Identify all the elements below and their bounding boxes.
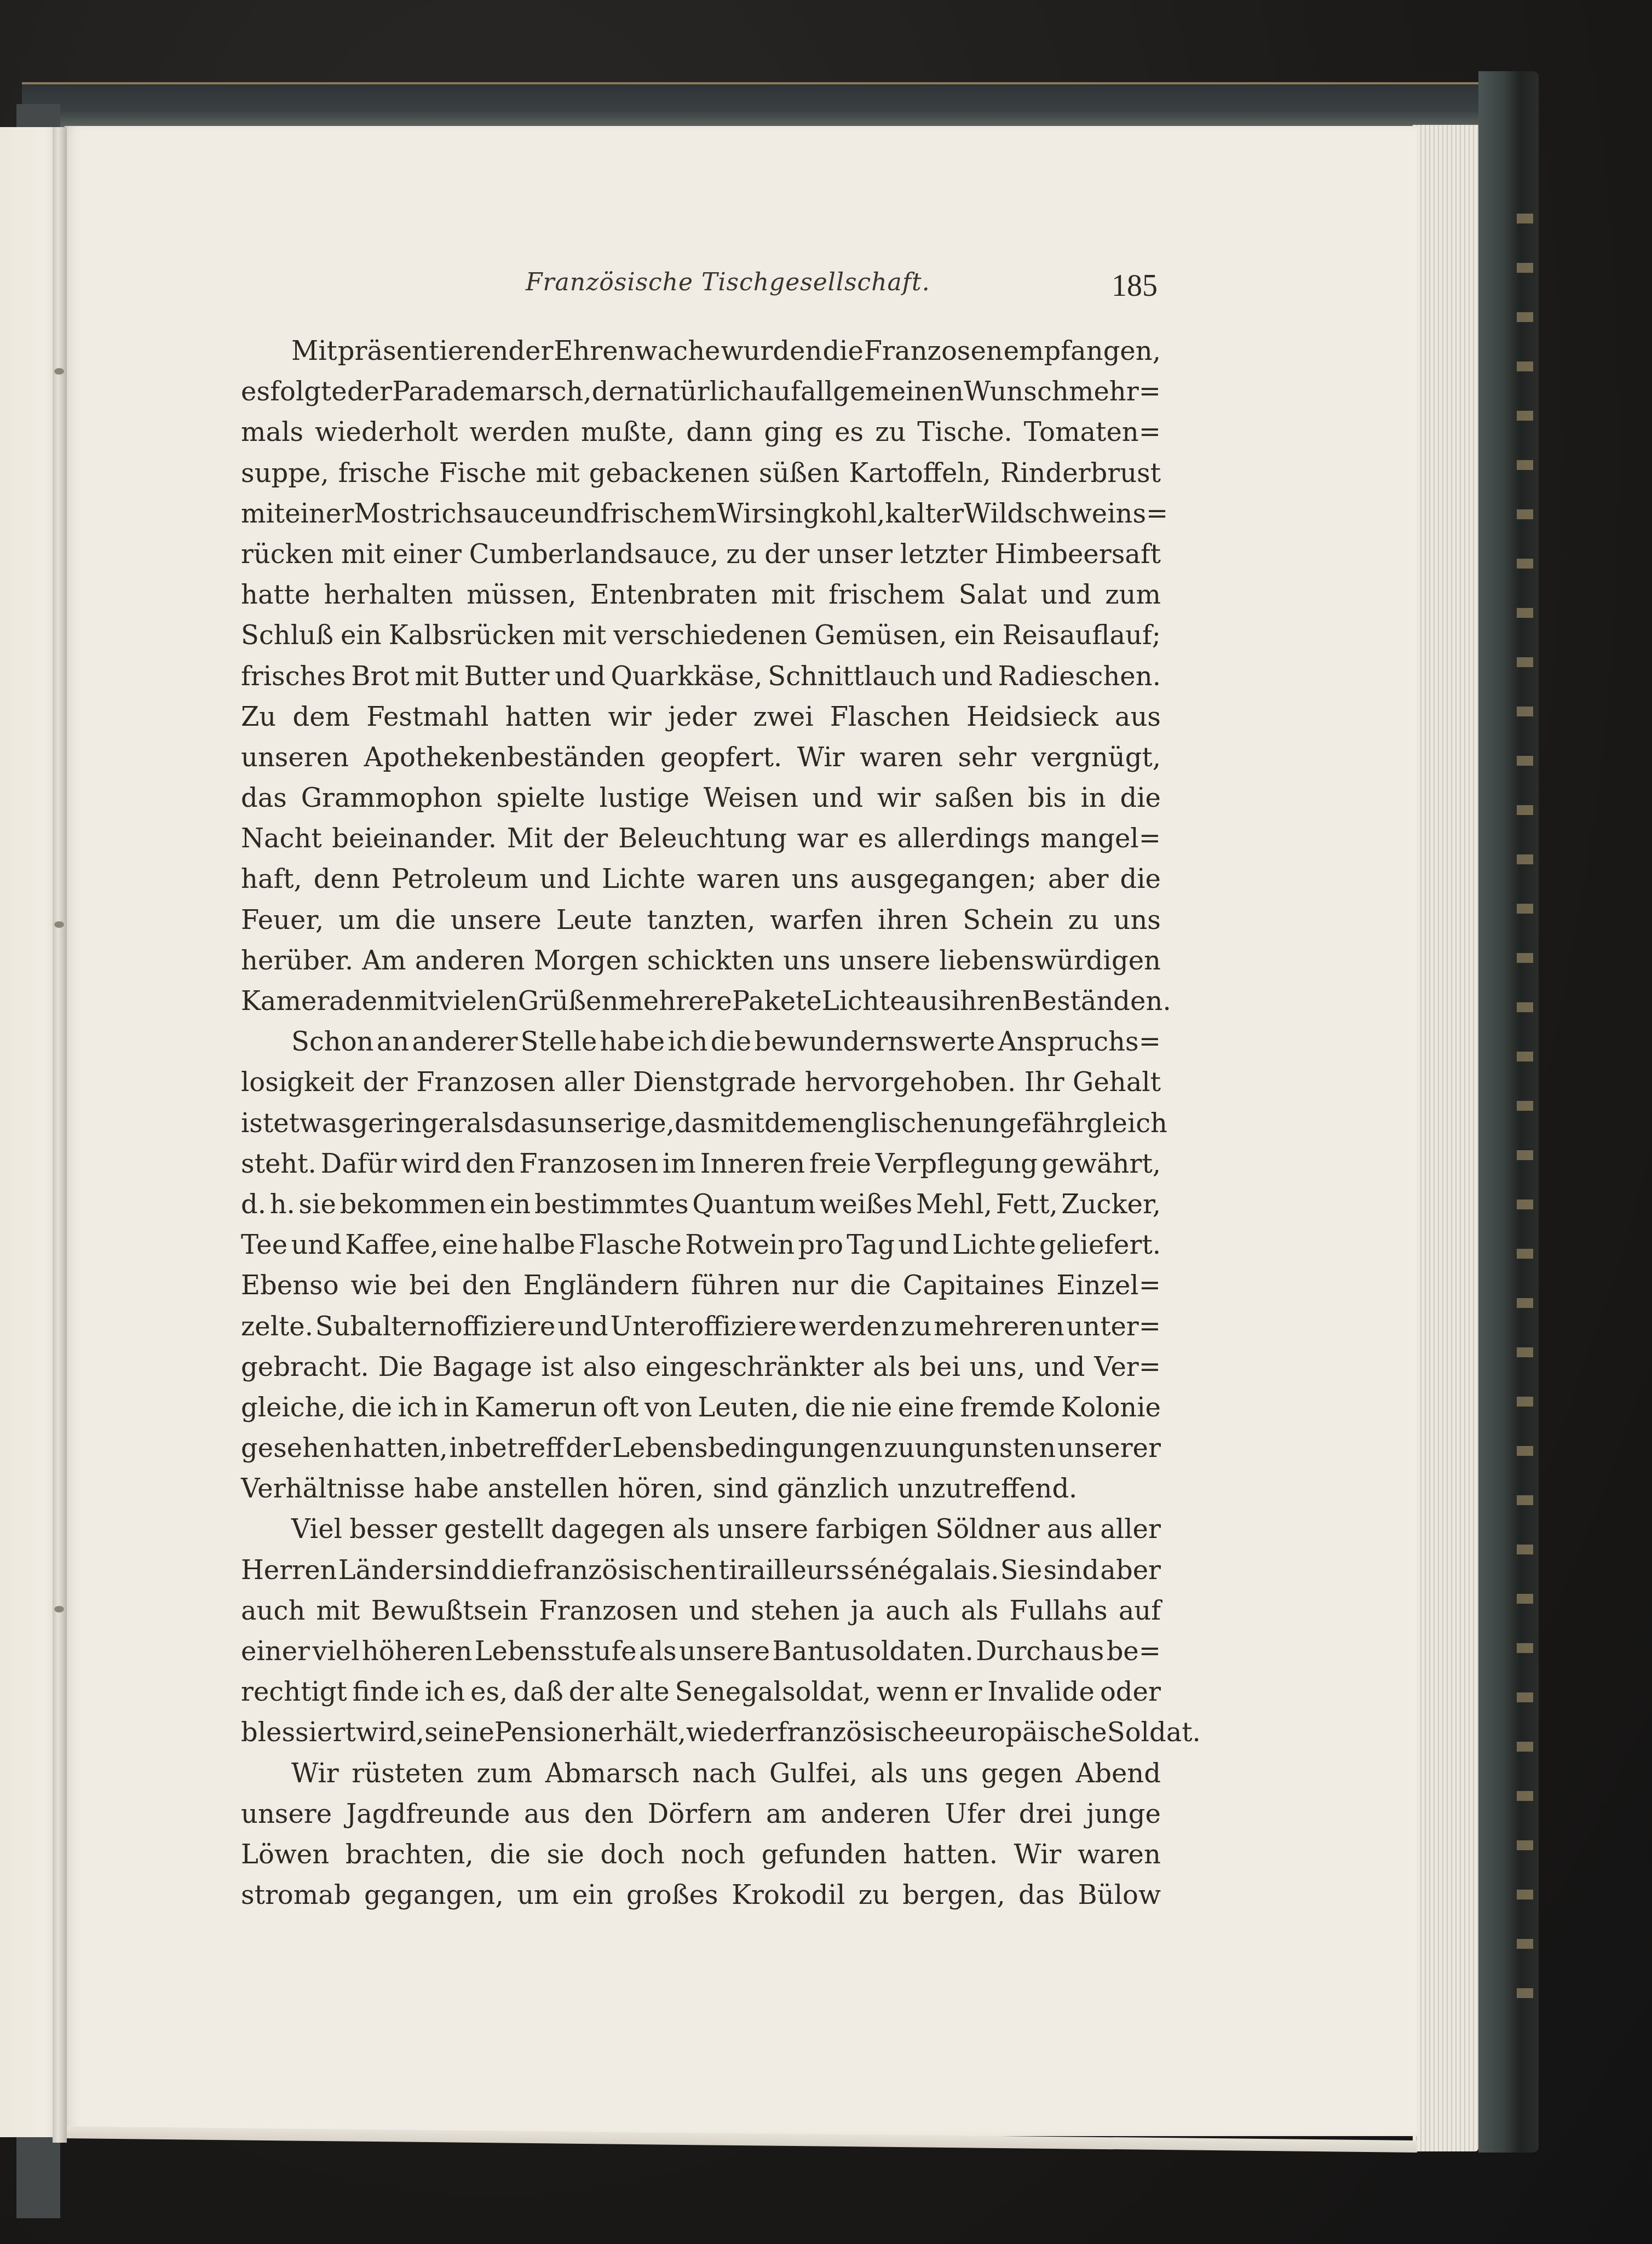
word: werden bbox=[799, 1306, 899, 1347]
word: Franzosen bbox=[864, 331, 1003, 371]
word: Rinderbrust bbox=[1000, 453, 1161, 493]
word: daß bbox=[513, 1672, 563, 1712]
word: hatte bbox=[241, 575, 310, 615]
word: pro bbox=[798, 1225, 843, 1265]
word: im bbox=[663, 1144, 696, 1184]
word: tanzten, bbox=[647, 900, 756, 940]
word: der bbox=[347, 371, 392, 412]
word: doch bbox=[601, 1834, 665, 1875]
word: auch bbox=[885, 1591, 949, 1631]
word: inbetreff bbox=[449, 1428, 564, 1468]
word: Parademarsch, bbox=[392, 371, 591, 412]
word: der bbox=[764, 534, 809, 575]
word: zu bbox=[726, 534, 757, 575]
word: allgemeinen bbox=[801, 371, 964, 412]
word: er bbox=[954, 1672, 982, 1712]
word: den bbox=[465, 1144, 515, 1184]
word: zuungunsten bbox=[884, 1428, 1056, 1468]
word: hören, bbox=[618, 1468, 704, 1509]
word: gefunden bbox=[762, 1834, 887, 1875]
word: gleiche, bbox=[241, 1387, 346, 1428]
word: noch bbox=[681, 1834, 746, 1875]
word: unsere bbox=[679, 1631, 770, 1672]
binding-thread bbox=[54, 368, 64, 375]
word: Radieschen. bbox=[998, 656, 1161, 697]
text-line: ZudemFestmahlhattenwirjederzweiFlaschenH… bbox=[241, 697, 1161, 737]
word: anderen bbox=[821, 1794, 931, 1834]
word: die bbox=[490, 1834, 530, 1875]
page-number: 185 bbox=[1112, 268, 1158, 303]
word: Tag bbox=[847, 1225, 895, 1265]
word: mit bbox=[562, 615, 606, 656]
word: Weisen bbox=[704, 778, 798, 818]
word: bewundernswerte bbox=[754, 1021, 995, 1062]
word: liebenswürdigen bbox=[939, 940, 1161, 981]
word: und bbox=[555, 656, 606, 697]
word: mit bbox=[415, 656, 458, 697]
word: sind bbox=[1043, 1550, 1099, 1591]
text-line: losigkeitderFranzosenallerDienstgradeher… bbox=[241, 1062, 1161, 1103]
word: Gehalt bbox=[1073, 1062, 1161, 1103]
word: es bbox=[834, 412, 864, 452]
text-line: rückenmiteinerCumberlandsauce,zuderunser… bbox=[241, 534, 1161, 575]
word: unserer bbox=[1057, 1428, 1161, 1468]
word: Soldat. bbox=[1107, 1712, 1201, 1753]
word: der bbox=[563, 818, 608, 859]
word: und bbox=[942, 656, 993, 697]
word: vielen bbox=[438, 981, 518, 1021]
word: mit bbox=[771, 575, 815, 615]
word: Mehl, bbox=[916, 1184, 992, 1225]
word: es bbox=[858, 818, 887, 859]
word: wie bbox=[686, 1712, 733, 1753]
word: Schon bbox=[291, 1021, 374, 1062]
word: junge bbox=[1086, 1794, 1161, 1834]
word: rücken bbox=[241, 534, 333, 575]
word: Durchaus bbox=[976, 1631, 1104, 1672]
word: als bbox=[467, 1103, 504, 1144]
word: Jagdfreunde bbox=[346, 1794, 510, 1834]
word: dann bbox=[686, 412, 752, 452]
word: sénégalais. bbox=[851, 1550, 999, 1591]
word: europäische bbox=[945, 1712, 1107, 1753]
book-gutter bbox=[53, 127, 67, 2143]
word: Ihr bbox=[1024, 1062, 1064, 1103]
word: das bbox=[241, 778, 287, 818]
word: allerdings bbox=[897, 818, 1031, 859]
word: aus bbox=[1047, 1509, 1093, 1549]
word: Unteroffiziere bbox=[611, 1306, 797, 1347]
word: um bbox=[338, 900, 380, 940]
word: unserige, bbox=[550, 1103, 675, 1144]
word: Apothekenbeständen bbox=[364, 737, 646, 778]
word: es bbox=[241, 371, 270, 412]
word: steht. bbox=[241, 1144, 316, 1184]
word: gänzlich bbox=[777, 1468, 889, 1509]
word: Kolonie bbox=[1061, 1387, 1161, 1428]
word: uns bbox=[783, 940, 830, 981]
word: Zu bbox=[241, 697, 276, 737]
word: Gulfei, bbox=[769, 1753, 857, 1794]
word: brachten, bbox=[346, 1834, 474, 1875]
word: und bbox=[1034, 1347, 1085, 1387]
word: zwei bbox=[753, 697, 813, 737]
word: unsere bbox=[241, 1794, 332, 1834]
word: ist bbox=[542, 1347, 574, 1387]
word: dem bbox=[764, 1103, 822, 1144]
word: seine bbox=[424, 1712, 494, 1753]
word: ging bbox=[764, 412, 823, 452]
word: der bbox=[733, 1712, 778, 1753]
word: frischem bbox=[828, 575, 945, 615]
word: den bbox=[462, 1265, 511, 1306]
text-line: Löwenbrachten,diesiedochnochgefundenhatt… bbox=[241, 1834, 1161, 1875]
word: Gemüsen, bbox=[814, 615, 947, 656]
word: sind bbox=[434, 1550, 490, 1591]
word: Flasche bbox=[579, 1225, 682, 1265]
word: mit bbox=[536, 453, 580, 493]
word: eine bbox=[442, 1225, 498, 1265]
text-line: WirrüstetenzumAbmarschnachGulfei,alsunsg… bbox=[241, 1753, 1161, 1794]
word: französische bbox=[778, 1712, 945, 1753]
text-line: istetwasgeringeralsdasunserige,dasmitdem… bbox=[241, 1103, 1161, 1144]
word: müssen, bbox=[467, 575, 576, 615]
word: Lichte bbox=[602, 859, 686, 899]
word: hatten, bbox=[353, 1428, 448, 1468]
word: Verhältnisse bbox=[241, 1468, 405, 1509]
word: Franzosen bbox=[519, 1144, 658, 1184]
word: Am bbox=[362, 940, 406, 981]
word: ja bbox=[851, 1591, 875, 1631]
word: warfen bbox=[770, 900, 863, 940]
word: Tomaten= bbox=[1024, 412, 1161, 452]
word: tirailleurs bbox=[718, 1550, 849, 1591]
word: die bbox=[805, 1387, 845, 1428]
text-line: steht.DafürwirddenFranzosenimInnerenfrei… bbox=[241, 1144, 1161, 1184]
word: ihren bbox=[952, 981, 1022, 1021]
text-line: frischesBrotmitButterundQuarkkäse,Schnit… bbox=[241, 656, 1161, 697]
word: schickten bbox=[647, 940, 774, 981]
word: herüber. bbox=[241, 940, 353, 981]
word: es, bbox=[470, 1672, 508, 1712]
word: Pension bbox=[494, 1712, 598, 1753]
word: halbe bbox=[502, 1225, 575, 1265]
word: h. bbox=[270, 1184, 295, 1225]
word: hatten bbox=[505, 697, 591, 737]
text-line: unserenApothekenbeständengeopfert.Wirwar… bbox=[241, 737, 1161, 778]
body-text: MitpräsentierenderEhrenwachewurdendieFra… bbox=[241, 331, 1161, 1915]
word: die bbox=[850, 1265, 890, 1306]
word: uns, bbox=[969, 1347, 1025, 1387]
word: wie bbox=[351, 1265, 398, 1306]
word: Dafür bbox=[321, 1144, 397, 1184]
word: ihren bbox=[878, 900, 948, 940]
word: wird bbox=[401, 1144, 461, 1184]
word: zelte. bbox=[241, 1306, 313, 1347]
word: in bbox=[1080, 778, 1106, 818]
text-line: Nachtbeieinander.MitderBeleuchtungwaresa… bbox=[241, 818, 1161, 859]
word: mehreren bbox=[934, 1306, 1064, 1347]
word: einer bbox=[285, 493, 354, 534]
word: aus bbox=[524, 1794, 570, 1834]
word: ausgegangen; bbox=[850, 859, 1037, 899]
word: der bbox=[569, 1672, 614, 1712]
word: zu bbox=[1068, 900, 1098, 940]
word: nur bbox=[792, 1265, 838, 1306]
cover-wear bbox=[1517, 214, 1533, 2021]
text-line: gleiche,dieichinKamerunoftvonLeuten,dien… bbox=[241, 1387, 1161, 1428]
word: mit bbox=[721, 1103, 764, 1144]
word: der bbox=[566, 1428, 611, 1468]
word: frische bbox=[338, 453, 430, 493]
word: wir bbox=[877, 778, 920, 818]
binding-thread bbox=[54, 921, 64, 928]
word: haft, bbox=[241, 859, 302, 899]
text-line: TeeundKaffee,einehalbeFlascheRotweinproT… bbox=[241, 1225, 1161, 1265]
word: nach bbox=[692, 1753, 756, 1794]
word: Abmarsch bbox=[545, 1753, 680, 1794]
word: gebackenen bbox=[589, 453, 750, 493]
word: wurden bbox=[721, 331, 822, 371]
word: Inneren bbox=[700, 1144, 805, 1184]
word: oder bbox=[1100, 1672, 1161, 1712]
word: wir bbox=[608, 697, 651, 737]
word: dem bbox=[292, 697, 350, 737]
word: kalter bbox=[885, 493, 964, 534]
text-line: einervielhöherenLebensstufealsunsereBant… bbox=[241, 1631, 1161, 1672]
word: bis bbox=[1028, 778, 1067, 818]
word: Leute bbox=[556, 900, 632, 940]
word: Kartoffeln, bbox=[849, 453, 991, 493]
word: besser bbox=[349, 1509, 437, 1549]
word: war bbox=[797, 818, 848, 859]
word: Kalbsrücken bbox=[389, 615, 555, 656]
word: Kamerun bbox=[475, 1387, 597, 1428]
word: Cumberlandsauce, bbox=[469, 534, 719, 575]
word: sie bbox=[547, 1834, 584, 1875]
word: waren bbox=[860, 737, 943, 778]
word: Quarkkäse, bbox=[611, 656, 763, 697]
page-stack-edges bbox=[1413, 125, 1478, 2151]
word: und bbox=[550, 493, 601, 534]
word: also bbox=[583, 1347, 637, 1387]
word: Salat bbox=[959, 575, 1027, 615]
word: Fullahs bbox=[1009, 1591, 1107, 1631]
word: Tische. bbox=[917, 412, 1012, 452]
word: anderer bbox=[412, 1021, 517, 1062]
word: unsere bbox=[451, 900, 542, 940]
word: Zucker, bbox=[1061, 1184, 1161, 1225]
word: Schein bbox=[963, 900, 1053, 940]
word: das bbox=[504, 1103, 550, 1144]
word: alte bbox=[619, 1672, 670, 1712]
book-cover-right-edge bbox=[1478, 71, 1539, 2153]
text-line: HerrenLändersinddiefranzösischentiraille… bbox=[241, 1550, 1161, 1591]
word: gegangen, bbox=[364, 1875, 504, 1915]
word: waren bbox=[697, 859, 780, 899]
word: Beständen. bbox=[1022, 981, 1171, 1021]
word: stromab bbox=[241, 1875, 351, 1915]
word: Fett, bbox=[996, 1184, 1058, 1225]
word: spielte bbox=[497, 778, 585, 818]
word: die bbox=[1120, 778, 1160, 818]
word: uns bbox=[1113, 900, 1160, 940]
word: wenn bbox=[877, 1672, 948, 1712]
word: als bbox=[871, 1753, 908, 1794]
word: Lichte bbox=[822, 981, 906, 1021]
text-line: SchonanandererStellehabeichdiebewunderns… bbox=[241, 1021, 1161, 1062]
word: mals bbox=[241, 412, 303, 452]
word: hatten. bbox=[903, 1834, 998, 1875]
word: Anspruchs= bbox=[998, 1021, 1160, 1062]
word: unser bbox=[817, 534, 893, 575]
word: Abend bbox=[1076, 1753, 1161, 1794]
word: Petroleum bbox=[392, 859, 528, 899]
word: ich bbox=[398, 1387, 438, 1428]
word: Festmahl bbox=[366, 697, 488, 737]
word: Butter bbox=[464, 656, 549, 697]
word: herhalten bbox=[324, 575, 453, 615]
text-line: auchmitBewußtseinFranzosenundstehenjaauc… bbox=[241, 1591, 1161, 1631]
word: sie bbox=[298, 1184, 336, 1225]
word: werden bbox=[469, 412, 569, 452]
word: aus bbox=[1115, 697, 1161, 737]
word: unter= bbox=[1066, 1306, 1161, 1347]
word: auch bbox=[241, 1591, 305, 1631]
word: um bbox=[517, 1875, 559, 1915]
word: Lebensbedingungen bbox=[612, 1428, 883, 1468]
word: Nacht bbox=[241, 818, 322, 859]
word: vergnügt, bbox=[1032, 737, 1161, 778]
word: Rotwein bbox=[685, 1225, 795, 1265]
word: Leuten, bbox=[698, 1387, 799, 1428]
word: ein bbox=[954, 615, 995, 656]
word: süßen bbox=[759, 453, 839, 493]
word: Brot bbox=[351, 656, 409, 697]
word: bei bbox=[919, 1347, 960, 1387]
text-line: EbensowiebeidenEngländernführennurdieCap… bbox=[241, 1265, 1161, 1306]
word: farbigen bbox=[815, 1509, 928, 1549]
word: freie bbox=[809, 1144, 871, 1184]
word: Kaffee, bbox=[345, 1225, 439, 1265]
text-line: malswiederholtwerdenmußte,danngingeszuTi… bbox=[241, 412, 1161, 452]
word: zu bbox=[901, 1306, 931, 1347]
word: Länder bbox=[338, 1550, 433, 1591]
word: anderen bbox=[415, 940, 525, 981]
word: als bbox=[639, 1631, 677, 1672]
word: Franzosen bbox=[539, 1591, 678, 1631]
word: die bbox=[822, 331, 863, 371]
word: anstellen bbox=[487, 1468, 609, 1509]
word: und bbox=[1041, 575, 1092, 615]
word: bei bbox=[409, 1265, 450, 1306]
word: Bagage bbox=[432, 1347, 532, 1387]
word: geliefert. bbox=[1039, 1225, 1161, 1265]
word: dagegen bbox=[551, 1509, 665, 1549]
word: Feuer, bbox=[241, 900, 324, 940]
word: Wirsingkohl, bbox=[717, 493, 885, 534]
word: blessiert bbox=[241, 1712, 356, 1753]
word: als bbox=[961, 1591, 999, 1631]
word: Subalternoffiziere bbox=[315, 1306, 556, 1347]
word: Tee bbox=[241, 1225, 287, 1265]
word: Entenbraten bbox=[590, 575, 757, 615]
word: Pakete bbox=[732, 981, 822, 1021]
word: ich bbox=[425, 1672, 465, 1712]
word: Reisauflauf; bbox=[1002, 615, 1161, 656]
word: Invalide bbox=[987, 1672, 1094, 1712]
word: aber bbox=[1100, 1550, 1161, 1591]
word: Mit bbox=[507, 818, 553, 859]
word: gebracht. bbox=[241, 1347, 369, 1387]
text-line: blessiertwird,seinePensionerhält,wiederf… bbox=[241, 1712, 1161, 1753]
word: präsentierender bbox=[338, 331, 554, 371]
word: Heidsieck bbox=[966, 697, 1098, 737]
word: Ufer bbox=[945, 1794, 1005, 1834]
word: der bbox=[592, 371, 637, 412]
word: die bbox=[395, 900, 435, 940]
word: Bantusoldaten. bbox=[773, 1631, 974, 1672]
word: waren bbox=[1078, 1834, 1161, 1875]
word: verschiedenen bbox=[613, 615, 807, 656]
word: Ehrenwache bbox=[554, 331, 720, 371]
word: die bbox=[1120, 859, 1160, 899]
word: aber bbox=[1048, 859, 1109, 899]
text-line: stromabgegangen,umeingroßesKrokodilzuber… bbox=[241, 1875, 1161, 1915]
word: und bbox=[291, 1225, 342, 1265]
word: bestimmtes bbox=[534, 1184, 689, 1225]
word: gestellt bbox=[444, 1509, 543, 1549]
text-line: gesehenhatten,inbetreffderLebensbedingun… bbox=[241, 1428, 1161, 1468]
word: Kameraden bbox=[241, 981, 394, 1021]
text-line: Feuer,umdieunsereLeutetanzten,warfenihre… bbox=[241, 900, 1161, 940]
word: eine bbox=[898, 1387, 954, 1428]
word: bekommen bbox=[339, 1184, 486, 1225]
word: in bbox=[444, 1387, 469, 1428]
word: gesehen bbox=[241, 1428, 352, 1468]
word: zu bbox=[859, 1875, 889, 1915]
text-line: zelte.SubalternoffiziereundUnteroffizier… bbox=[241, 1306, 1161, 1347]
word: Löwen bbox=[241, 1834, 329, 1875]
text-line: rechtigtfindeiches,daßderalteSenegalsold… bbox=[241, 1672, 1161, 1712]
word: unzutreffend. bbox=[897, 1468, 1077, 1509]
word: uns bbox=[921, 1753, 968, 1794]
word: hervorgehoben. bbox=[805, 1062, 1016, 1103]
word: zum bbox=[1105, 575, 1161, 615]
text-line: d.h.siebekommeneinbestimmtesQuantumweiße… bbox=[241, 1184, 1161, 1225]
word: mit bbox=[241, 493, 285, 534]
word: an bbox=[377, 1021, 410, 1062]
word: habe bbox=[600, 1021, 665, 1062]
word: Viel bbox=[291, 1509, 342, 1549]
text-line: MitpräsentierenderEhrenwachewurdendieFra… bbox=[241, 331, 1161, 371]
word: wird, bbox=[356, 1712, 424, 1753]
word: unseren bbox=[241, 737, 349, 778]
word: und bbox=[898, 1225, 949, 1265]
word: als bbox=[672, 1509, 710, 1549]
word: rüsteten bbox=[352, 1753, 464, 1794]
word: natürlich bbox=[637, 371, 758, 412]
word: gegen bbox=[981, 1753, 1063, 1794]
word: Morgen bbox=[534, 940, 638, 981]
text-line: gebracht.DieBagageistalsoeingeschränkter… bbox=[241, 1347, 1161, 1387]
word: be= bbox=[1107, 1631, 1161, 1672]
word: geringer bbox=[351, 1103, 466, 1144]
word: rechtigt bbox=[241, 1672, 347, 1712]
word: Wir bbox=[1014, 1834, 1062, 1875]
word: ungefähr bbox=[965, 1103, 1086, 1144]
word: mußte, bbox=[581, 412, 675, 452]
